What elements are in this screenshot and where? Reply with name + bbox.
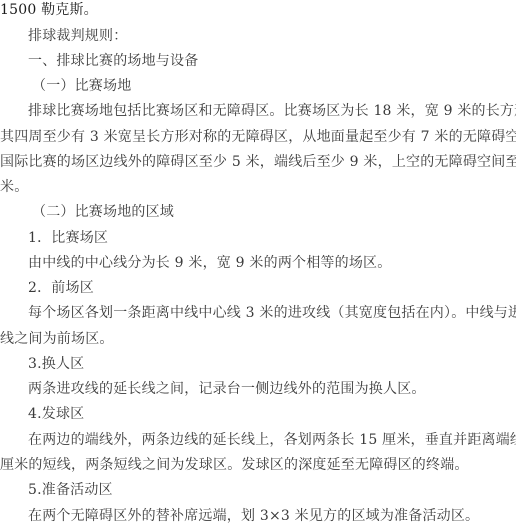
paragraph-line: 每个场区各划一条距离中线中心线 3 米的进攻线（其宽度包括在内）。中线与进攻 <box>28 304 516 322</box>
heading-3: 2．前场区 <box>28 279 94 297</box>
text-line: 1500 勒克斯。 <box>0 1 98 19</box>
heading-3: 5.准备活动区 <box>28 481 113 499</box>
paragraph-line: 线之间为前场区。 <box>0 330 114 348</box>
paragraph-line: 在两个无障碍区外的替补席远端，划 3×3 米见方的区域为准备活动区。 <box>28 507 479 525</box>
paragraph-line: 在两边的端线外，两条边线的延长线上，各划两条长 15 厘米，垂直并距离端线 20 <box>28 431 516 449</box>
heading-2: （一）比赛场地 <box>32 77 131 95</box>
heading-3: 4.发球区 <box>28 405 84 423</box>
section-title: 排球裁判规则： <box>28 27 127 45</box>
heading-2: （二）比赛场地的区域 <box>32 203 174 221</box>
paragraph-line: 国际比赛的场区边线外的障碍区至少 5 米，端线后至少 9 米，上空的无障碍空间至… <box>0 153 516 171</box>
heading-3: 1．比赛场区 <box>28 229 108 247</box>
heading-1: 一、排球比赛的场地与设备 <box>28 52 198 70</box>
heading-3: 3.换人区 <box>28 355 84 373</box>
paragraph-line: 两条进攻线的延长线之间，记录台一侧边线外的范围为换人区。 <box>28 380 426 398</box>
paragraph-line: 排球比赛场地包括比赛场区和无障碍区。比赛场区为长 18 米，宽 9 米的长方形， <box>28 102 516 120</box>
paragraph-line: 由中线的中心线分为长 9 米，宽 9 米的两个相等的场区。 <box>28 254 391 272</box>
paragraph-line: 厘米的短线，两条短线之间为发球区。发球区的深度延至无障碍区的终端。 <box>0 456 469 474</box>
paragraph-line: 米。 <box>0 178 28 196</box>
paragraph-line: 其四周至少有 3 米宽呈长方形对称的无障碍区，从地面量起至少有 7 米的无障碍空… <box>0 128 516 146</box>
